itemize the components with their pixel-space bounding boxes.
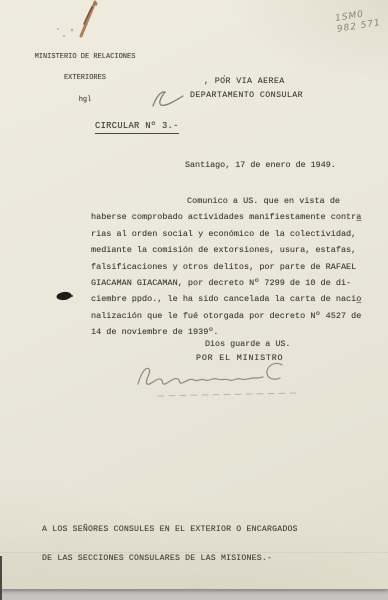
scanned-letter-page: { "colors": { "paper": "#ebe8dc", "ink":… [0,0,388,600]
addressee-line1: A LOS SEÑORES CONSULES EN EL EXTERIOR O … [42,525,298,535]
body-line: rias al orden social y económico de la c… [91,226,373,242]
circular-number-title: CIRCULAR Nº 3.- [95,121,179,134]
addressee-line2: DE LAS SECCIONES CONSULARES DE LAS MISIO… [42,554,298,564]
body-paragraph: Comunico a US. que en vista dehaberse co… [91,193,373,341]
via-airmail-line: , POR VIA AEREA [204,77,285,86]
addressee-block: A LOS SEÑORES CONSULES EN EL EXTERIOR O … [42,506,298,583]
letterhead-line2: EXTERIORES [33,75,137,82]
body-line: ciembre ppdo., le ha sido cancelada la c… [91,291,373,307]
body-line: haberse comprobado actividades manifiest… [91,209,373,225]
scan-edge-sliver [0,556,2,600]
body-line: falsificaciones y otros delitos, por par… [91,259,373,275]
by-the-minister-line: POR EL MINISTRO [196,353,283,363]
body-line: mediante la comisión de extorsiones, usu… [91,242,373,258]
closing-salutation: Dios guarde a US. [205,339,290,349]
consular-department-line: DEPARTAMENTO CONSULAR [190,91,303,100]
body-line: GIACAMAN GIACAMAN, por decreto Nº 7299 d… [91,275,373,291]
letterhead-line1: MINISTERIO DE RELACIONES [33,54,137,61]
letterhead-initials: hgl [33,97,137,104]
dateline: Santiago, 17 de enero de 1949. [185,160,336,170]
letterhead: MINISTERIO DE RELACIONES EXTERIORES hgl [33,39,137,119]
body-line: Comunico a US. que en vista de [91,193,373,209]
paper-sheet: MINISTERIO DE RELACIONES EXTERIORES hgl … [0,0,388,589]
body-line: nalización que le fué otorgada por decre… [91,308,373,324]
pencil-catalog-note: 1SM0 982 571 [335,6,388,36]
